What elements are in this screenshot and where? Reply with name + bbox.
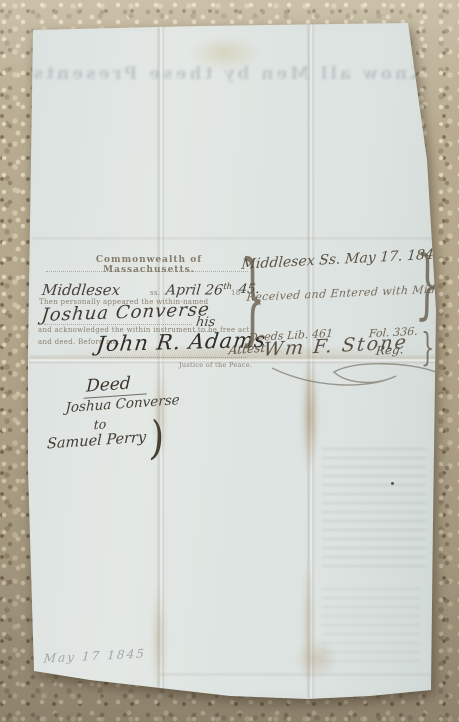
fold-stain — [151, 583, 167, 695]
registry-brace-top: } — [415, 247, 440, 321]
showthrough-text-block — [322, 588, 420, 666]
county-handwritten: Middlesex — [41, 281, 121, 299]
pencil-note: May 17 1845 — [43, 646, 147, 665]
docket-flourish: ) — [148, 416, 165, 461]
horizontal-crease-upper — [32, 236, 433, 241]
showthrough-heading: Know all Men by these Presents, That — [30, 64, 425, 84]
date-day: April 26 — [165, 283, 224, 299]
horizontal-crease-lower — [160, 672, 433, 677]
grantor-signature-line: Joshua Converse — [41, 299, 211, 326]
signature-flourish-line — [268, 358, 443, 392]
docket-grantee: Samuel Perry — [47, 430, 147, 453]
filing-docket: Deed Joshua Converse to Samuel Perry ) — [36, 366, 213, 488]
form-rule — [100, 357, 246, 358]
docket-connector: to — [93, 416, 106, 432]
attest-label: Attest — [228, 341, 266, 357]
deed-paper: Know all Men by these Presents, That Com… — [0, 0, 459, 722]
form-rule — [44, 324, 192, 325]
ss-printed: ss. — [150, 289, 160, 297]
document-wrapper: Know all Men by these Presents, That Com… — [0, 0, 459, 722]
register-title: Reg. — [375, 342, 404, 357]
date-handwritten: April 26th — [165, 281, 233, 299]
commonwealth-heading: Commonwealth of Massachusetts. — [60, 255, 238, 275]
showthrough-text-block — [322, 448, 426, 572]
flourish-path — [272, 364, 436, 385]
form-rule — [46, 271, 248, 272]
photo-of-deed: Know all Men by these Presents, That Com… — [0, 0, 459, 722]
